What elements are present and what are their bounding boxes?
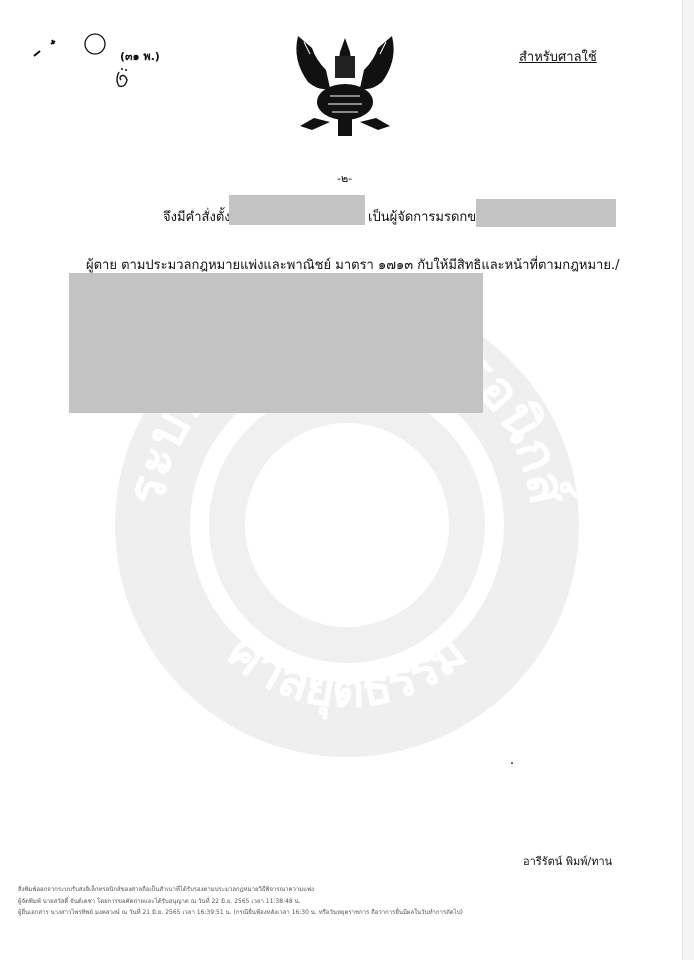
- footer-line-1: สิ่งพิมพ์ออกจากระบบรับส่งอิเล็กทรอนิกส์ข…: [18, 884, 314, 894]
- page-number: -๒-: [337, 169, 352, 187]
- circle-icon: [83, 32, 107, 56]
- footer-line-3: ผู้ยื่นเอกสาร นางสาวไพรทิพย์ มงคลวงษ์ ณ …: [18, 907, 463, 917]
- page-edge: [682, 0, 694, 960]
- redacted-name-appointee: [229, 195, 365, 225]
- document-page: ระบบรับส่งอิเล็กทรอนิกส์ ศาลยุติธรรม ระบ…: [0, 0, 682, 960]
- for-court-use-label: สำหรับศาลใช้: [519, 46, 597, 67]
- redacted-paragraph: [69, 273, 483, 413]
- speck-mark: [511, 762, 513, 764]
- redacted-name-deceased: [476, 199, 616, 227]
- scribble-mark-icon: [30, 34, 60, 60]
- footer-line-2: ผู้จัดพิมพ์ นายสวัสดิ์ จันด์เดชา โดยการข…: [18, 896, 301, 906]
- typist-signature: อารีรัตน์ พิมพ์/ทาน: [523, 852, 612, 870]
- order-text-statute: ผู้ตาย ตามประมวลกฎหมายแพ่งและพาณิชย์ มาต…: [86, 254, 619, 275]
- order-text-middle: เป็นผู้จัดการมรดกของ: [368, 206, 490, 227]
- order-text-prefix: จึงมีคำสั่งตั้ง: [163, 206, 231, 227]
- form-code: (๓๑ พ.): [120, 47, 160, 65]
- garuda-emblem-icon: [290, 30, 400, 140]
- seal-scribble-icon: [113, 66, 131, 90]
